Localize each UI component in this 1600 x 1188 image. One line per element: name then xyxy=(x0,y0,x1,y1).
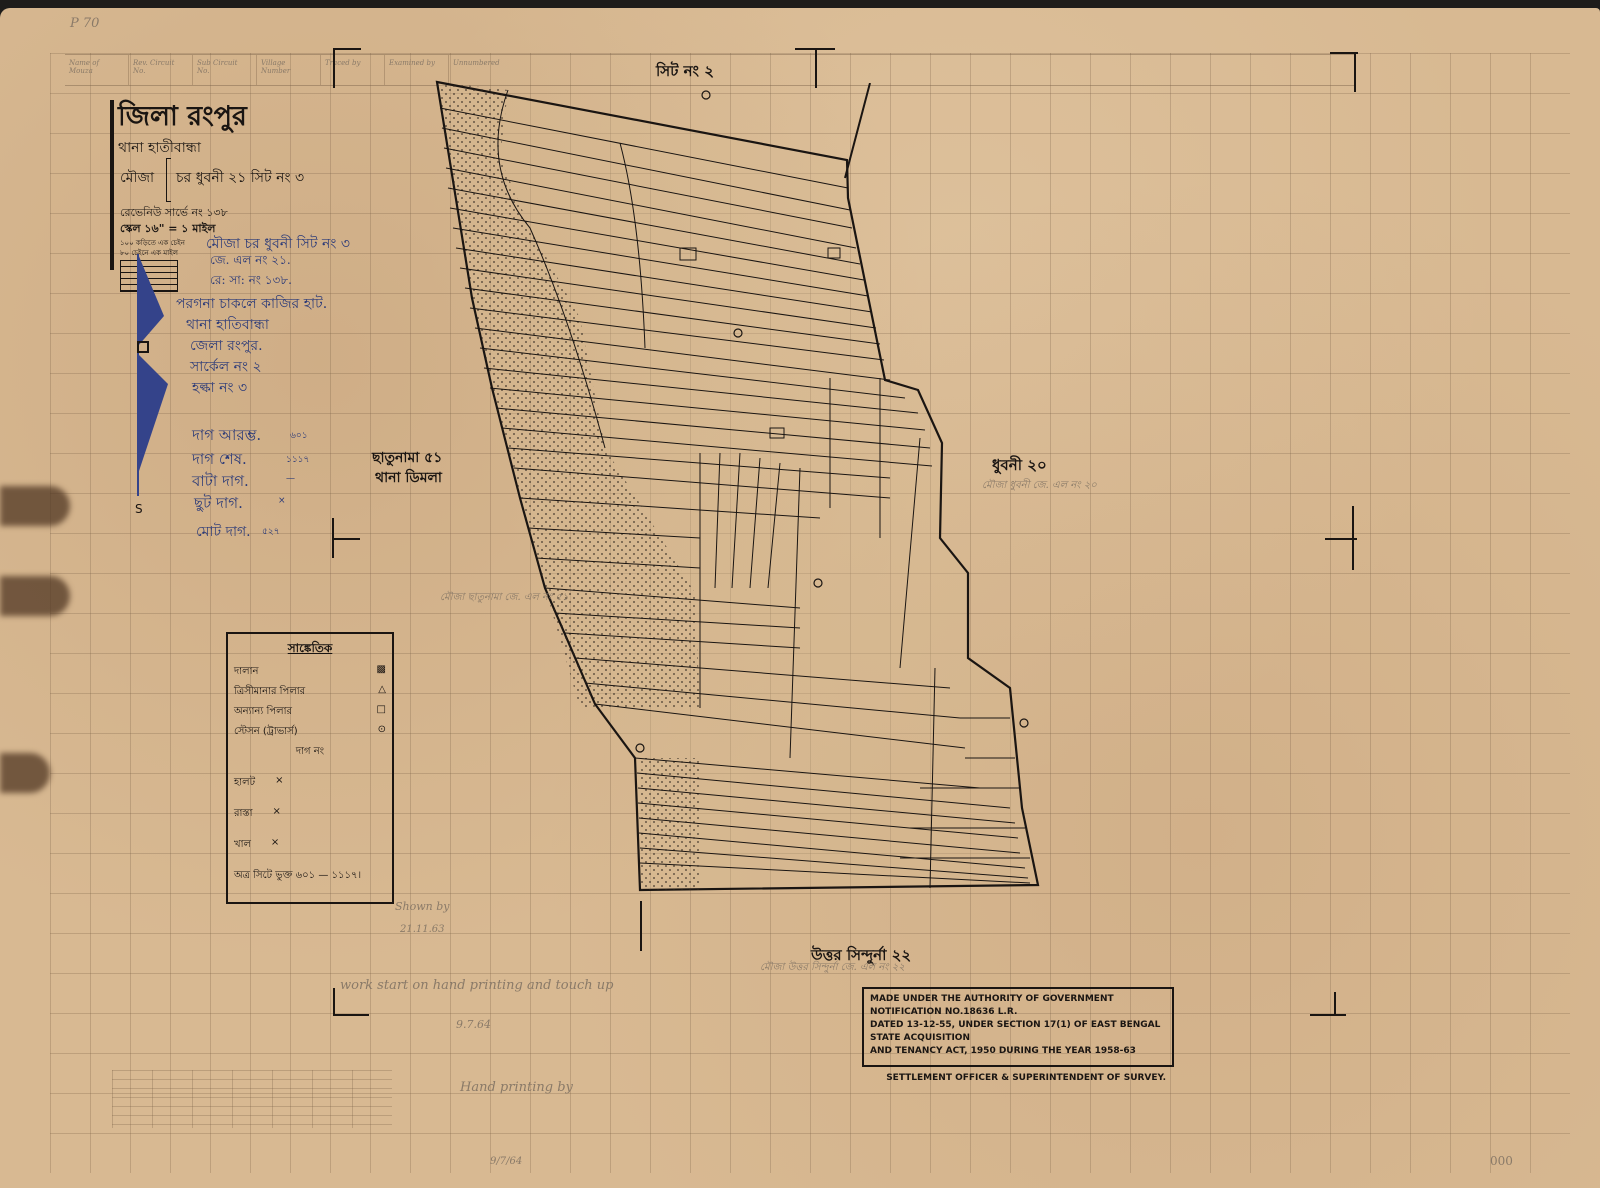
edge-stain xyxy=(0,486,70,526)
work-note: work start on hand printing and touch up xyxy=(340,978,613,993)
mouza-bracket xyxy=(166,158,171,202)
dag-split-value: — xyxy=(286,474,295,484)
legend-item: দালান▩ xyxy=(234,664,386,681)
registration-mark xyxy=(1310,1014,1346,1016)
shown-date-note: 21.11.63 xyxy=(400,924,445,935)
registration-mark xyxy=(1354,52,1356,92)
hw-jl-no: জে. এল নং ২১. xyxy=(210,252,291,272)
dag-start-label: দাগ আরম্ভ. xyxy=(192,424,261,449)
west-pencil-note: মৌজা ছাতুনামা জে. এল নং ৫১ xyxy=(440,590,569,607)
north-arrow-label: S xyxy=(135,502,143,516)
registration-mark xyxy=(333,48,361,50)
halot-icon: × xyxy=(275,775,283,792)
legend-line: রাস্তা× xyxy=(234,806,386,823)
legend-dag: দাগ নং xyxy=(234,744,386,761)
building-icon: ▩ xyxy=(377,664,386,681)
south-pencil-note: মৌজা উত্তর সিন্দুর্না জে. এল নং ২২ xyxy=(760,960,905,977)
map-sheet: P 70 Name of Mouza Rev. Circuit No. Sub … xyxy=(0,8,1600,1188)
west-thana-label: থানা ডিমলা xyxy=(375,466,442,490)
road-icon: × xyxy=(273,806,281,823)
legend-box: সাঙ্কেতিক দালান▩ ত্রিসীমানার পিলার△ অন্য… xyxy=(226,632,394,904)
dag-total-label: মোট দাগ. xyxy=(196,520,251,544)
station-icon: ⊙ xyxy=(378,724,386,741)
hw-rs-no: রে: সা: নং ১৩৮. xyxy=(210,272,292,292)
dag-start-value: ৬০১ xyxy=(290,428,308,443)
dag-skip-label: ছুট দাগ. xyxy=(194,492,243,517)
registration-mark xyxy=(333,988,335,1016)
corner-note: P 70 xyxy=(70,16,99,31)
dag-end-value: ১১১৭ xyxy=(286,452,309,467)
dag-skip-value: × xyxy=(278,496,286,506)
legend-line: হালট× xyxy=(234,775,386,792)
legend-footer: অত্র সিটে ভুক্ত ৬০১ — ১১১৭। xyxy=(234,868,386,885)
square-pillar-icon: □ xyxy=(377,704,386,721)
district-title: জিলা রংপুর xyxy=(118,96,247,141)
registration-mark xyxy=(332,538,360,540)
east-boundary-label: ধুবনী ২০ xyxy=(992,454,1047,479)
title-bar xyxy=(110,100,114,270)
hand-printing-note: Hand printing by xyxy=(460,1080,573,1095)
boundary-line xyxy=(840,83,880,183)
legend-item: স্টেসন (ট্রাভার্স)⊙ xyxy=(234,724,386,741)
north-arrow-icon xyxy=(128,254,178,504)
mouza-value: চর ধুবনী ২১ সিট নং ৩ xyxy=(176,166,304,190)
triangle-pillar-icon: △ xyxy=(378,684,386,701)
registration-mark xyxy=(333,48,335,88)
signatory: SETTLEMENT OFFICER & SUPERINTENDENT OF S… xyxy=(870,1072,1166,1085)
parcel-map xyxy=(420,68,1060,908)
faint-table xyxy=(112,1070,392,1128)
edge-stain xyxy=(0,576,70,616)
legend-item: অন্যান্য পিলার□ xyxy=(234,704,386,721)
north-boundary-label: সিট নং ২ xyxy=(656,60,714,85)
bottom-right-note: 000 xyxy=(1490,1154,1513,1168)
canal-icon: × xyxy=(271,837,279,854)
registration-mark xyxy=(640,901,642,951)
east-pencil-note: মৌজা ধুবনী জে. এল নং ২০ xyxy=(982,478,1097,495)
sign-date-note: 9/7/64 xyxy=(490,1156,522,1167)
thana-title: থানা হাতীবান্ধা xyxy=(118,136,201,160)
edge-stain xyxy=(0,753,50,793)
hw-halka: হল্কা নং ৩ xyxy=(192,376,247,400)
registration-mark xyxy=(1325,538,1357,540)
shown-by-note: Shown by xyxy=(395,900,450,913)
mouza-label: মৌজা xyxy=(120,166,154,190)
registration-mark xyxy=(333,1014,369,1016)
registration-mark xyxy=(1334,992,1336,1016)
legend-title: সাঙ্কেতিক xyxy=(234,640,386,660)
legend-item: ত্রিসীমানার পিলার△ xyxy=(234,684,386,701)
date-note: 9.7.64 xyxy=(456,1018,491,1031)
authority-notice: MADE UNDER THE AUTHORITY OF GOVERNMENT N… xyxy=(862,987,1174,1067)
legend-line: খাল× xyxy=(234,837,386,854)
dag-total-value: ৫২৭ xyxy=(262,524,280,539)
